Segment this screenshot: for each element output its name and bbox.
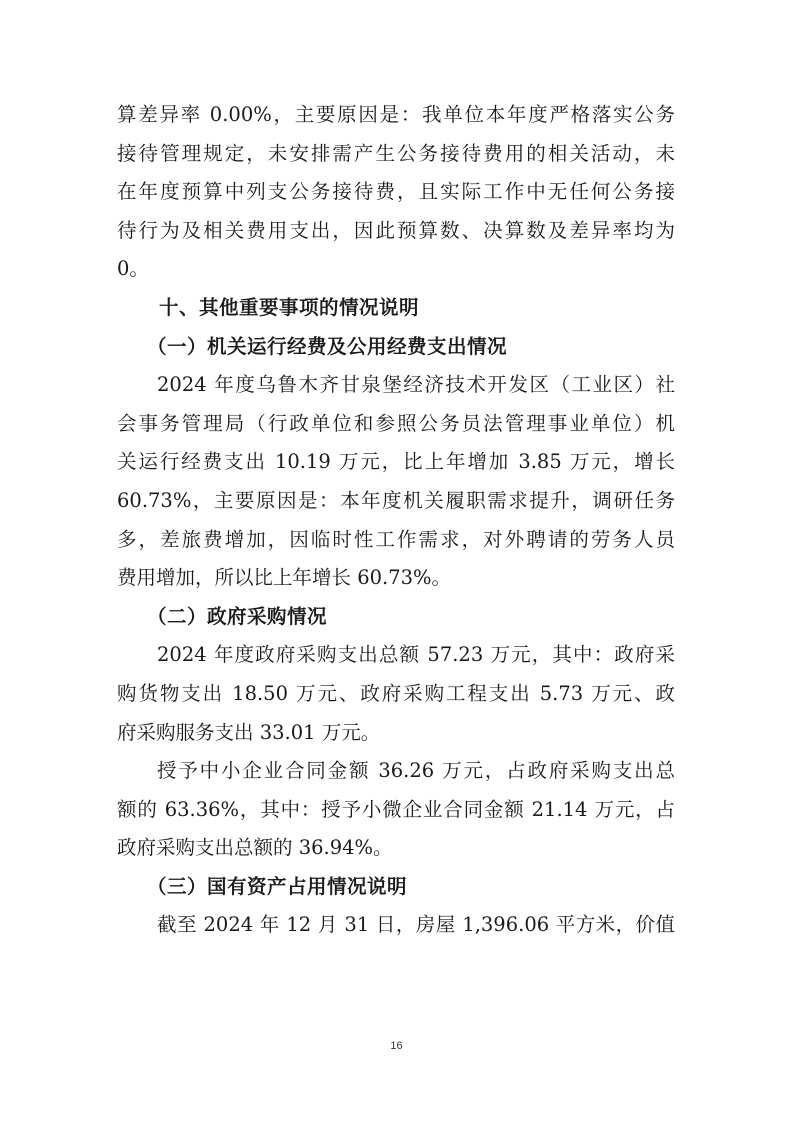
text-line: 费用增加，所以比上年增长 60.73%。 [117, 559, 675, 598]
paragraph-reception-expense: 算差异率 0.00%，主要原因是：我单位本年度严格落实公务 接待管理规定，未安排… [117, 96, 675, 289]
paragraph-procurement-sme: 授予中小企业合同金额 36.26 万元，占政府采购支出总 额的 63.36%，其… [117, 752, 675, 868]
text-line: 会事务管理局（行政单位和参照公务员法管理事业单位）机 [117, 405, 675, 444]
section-heading-other-matters: 十、其他重要事项的情况说明 [117, 289, 675, 328]
subsection-heading-operating-expenses: （一）机关运行经费及公用经费支出情况 [117, 328, 675, 367]
text-line: 截至 2024 年 12 月 31 日，房屋 1,396.06 平方米，价值 [117, 906, 675, 945]
text-line: 政府采购支出总额的 36.94%。 [117, 829, 675, 868]
text-line: 2024 年度乌鲁木齐甘泉堡经济技术开发区（工业区）社 [117, 366, 675, 405]
text-line: 0。 [117, 250, 675, 289]
text-line: 府采购服务支出 33.01 万元。 [117, 714, 675, 753]
subsection-heading-procurement: （二）政府采购情况 [117, 598, 675, 637]
text-line: 待行为及相关费用支出，因此预算数、决算数及差异率均为 [117, 212, 675, 251]
text-line: 2024 年度政府采购支出总额 57.23 万元，其中：政府采 [117, 636, 675, 675]
text-line: 接待管理规定，未安排需产生公务接待费用的相关活动，未 [117, 135, 675, 174]
paragraph-procurement-total: 2024 年度政府采购支出总额 57.23 万元，其中：政府采 购货物支出 18… [117, 636, 675, 752]
page-number: 16 [0, 1040, 793, 1052]
subsection-heading-state-assets: （三）国有资产占用情况说明 [117, 868, 675, 907]
paragraph-state-assets: 截至 2024 年 12 月 31 日，房屋 1,396.06 平方米，价值 [117, 906, 675, 945]
document-page: 算差异率 0.00%，主要原因是：我单位本年度严格落实公务 接待管理规定，未安排… [117, 96, 675, 945]
text-line: 算差异率 0.00%，主要原因是：我单位本年度严格落实公务 [117, 96, 675, 135]
text-line: 60.73%，主要原因是：本年度机关履职需求提升，调研任务 [117, 482, 675, 521]
text-line: 授予中小企业合同金额 36.26 万元，占政府采购支出总 [117, 752, 675, 791]
paragraph-operating-expenses: 2024 年度乌鲁木齐甘泉堡经济技术开发区（工业区）社 会事务管理局（行政单位和… [117, 366, 675, 598]
text-line: 关运行经费支出 10.19 万元，比上年增加 3.85 万元，增长 [117, 443, 675, 482]
text-line: 购货物支出 18.50 万元、政府采购工程支出 5.73 万元、政 [117, 675, 675, 714]
text-line: 在年度预算中列支公务接待费，且实际工作中无任何公务接 [117, 173, 675, 212]
text-line: 多，差旅费增加，因临时性工作需求，对外聘请的劳务人员 [117, 521, 675, 560]
text-line: 额的 63.36%，其中：授予小微企业合同金额 21.14 万元，占 [117, 791, 675, 830]
